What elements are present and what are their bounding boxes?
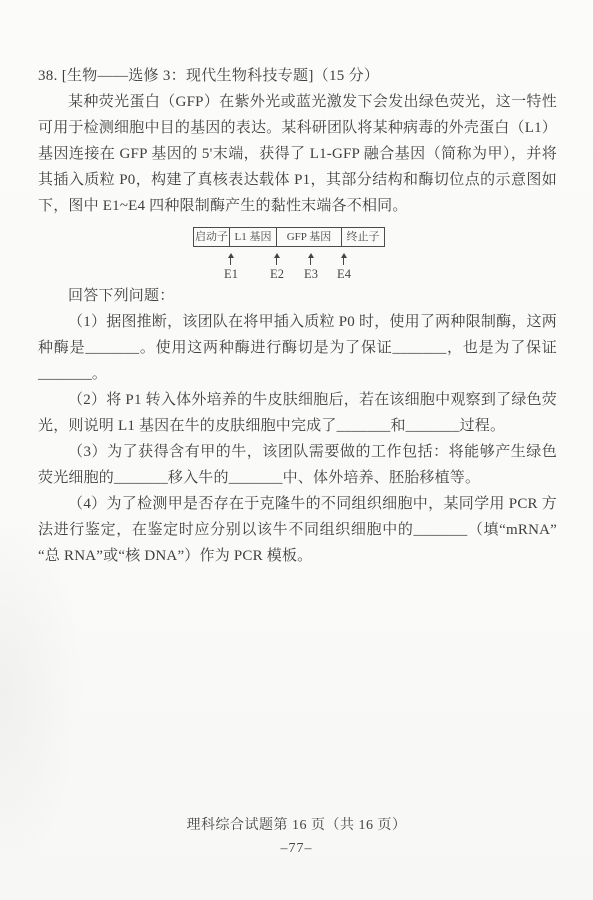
gene-construct-diagram: 启动子 L1 基因 GFP 基因 终止子 E1 E2 E3 E4 <box>193 227 385 283</box>
segment-terminator: 终止子 <box>341 228 384 246</box>
segment-l1-gene: L1 基因 <box>229 228 276 246</box>
question-1: （1）据图推断，该团队在将甲插入质粒 P0 时，使用了两种限制酶，这两种酶是__… <box>38 309 557 387</box>
enzyme-label-e1: E1 <box>224 267 238 281</box>
segment-gfp-gene: GFP 基因 <box>276 228 341 246</box>
footer-caption: 理科综合试题第 16 页（共 16 页） <box>0 814 593 834</box>
question-2: （2）将 P1 转入体外培养的牛皮肤细胞后，若在该细胞中观察到了绿色荧光，则说明… <box>38 387 557 439</box>
answer-prompt: 回答下列问题： <box>38 283 557 309</box>
scanned-exam-page: 38. [生物——选修 3：现代生物科技专题]（15 分） 某种荧光蛋白（GFP… <box>0 0 593 900</box>
question-title: 38. [生物——选修 3：现代生物科技专题]（15 分） <box>38 63 557 89</box>
question-38-block: 38. [生物——选修 3：现代生物科技专题]（15 分） 某种荧光蛋白（GFP… <box>38 63 557 569</box>
page-number: –77– <box>0 841 593 857</box>
enzyme-label-e3: E3 <box>304 267 318 281</box>
enzyme-label-e4: E4 <box>337 267 351 281</box>
segment-promoter: 启动子 <box>194 228 229 246</box>
enzyme-label-e2: E2 <box>270 267 284 281</box>
construct-box: 启动子 L1 基因 GFP 基因 终止子 <box>193 227 385 247</box>
question-3: （3）为了获得含有甲的牛，该团队需要做的工作包括：将能够产生绿色荧光细胞的___… <box>38 439 557 491</box>
question-4: （4）为了检测甲是否存在于克隆牛的不同组织细胞中，某同学用 PCR 方法进行鉴定… <box>38 491 557 569</box>
intro-paragraph: 某种荧光蛋白（GFP）在紫外光或蓝光激发下会发出绿色荧光，这一特性可用于检测细胞… <box>38 89 557 219</box>
